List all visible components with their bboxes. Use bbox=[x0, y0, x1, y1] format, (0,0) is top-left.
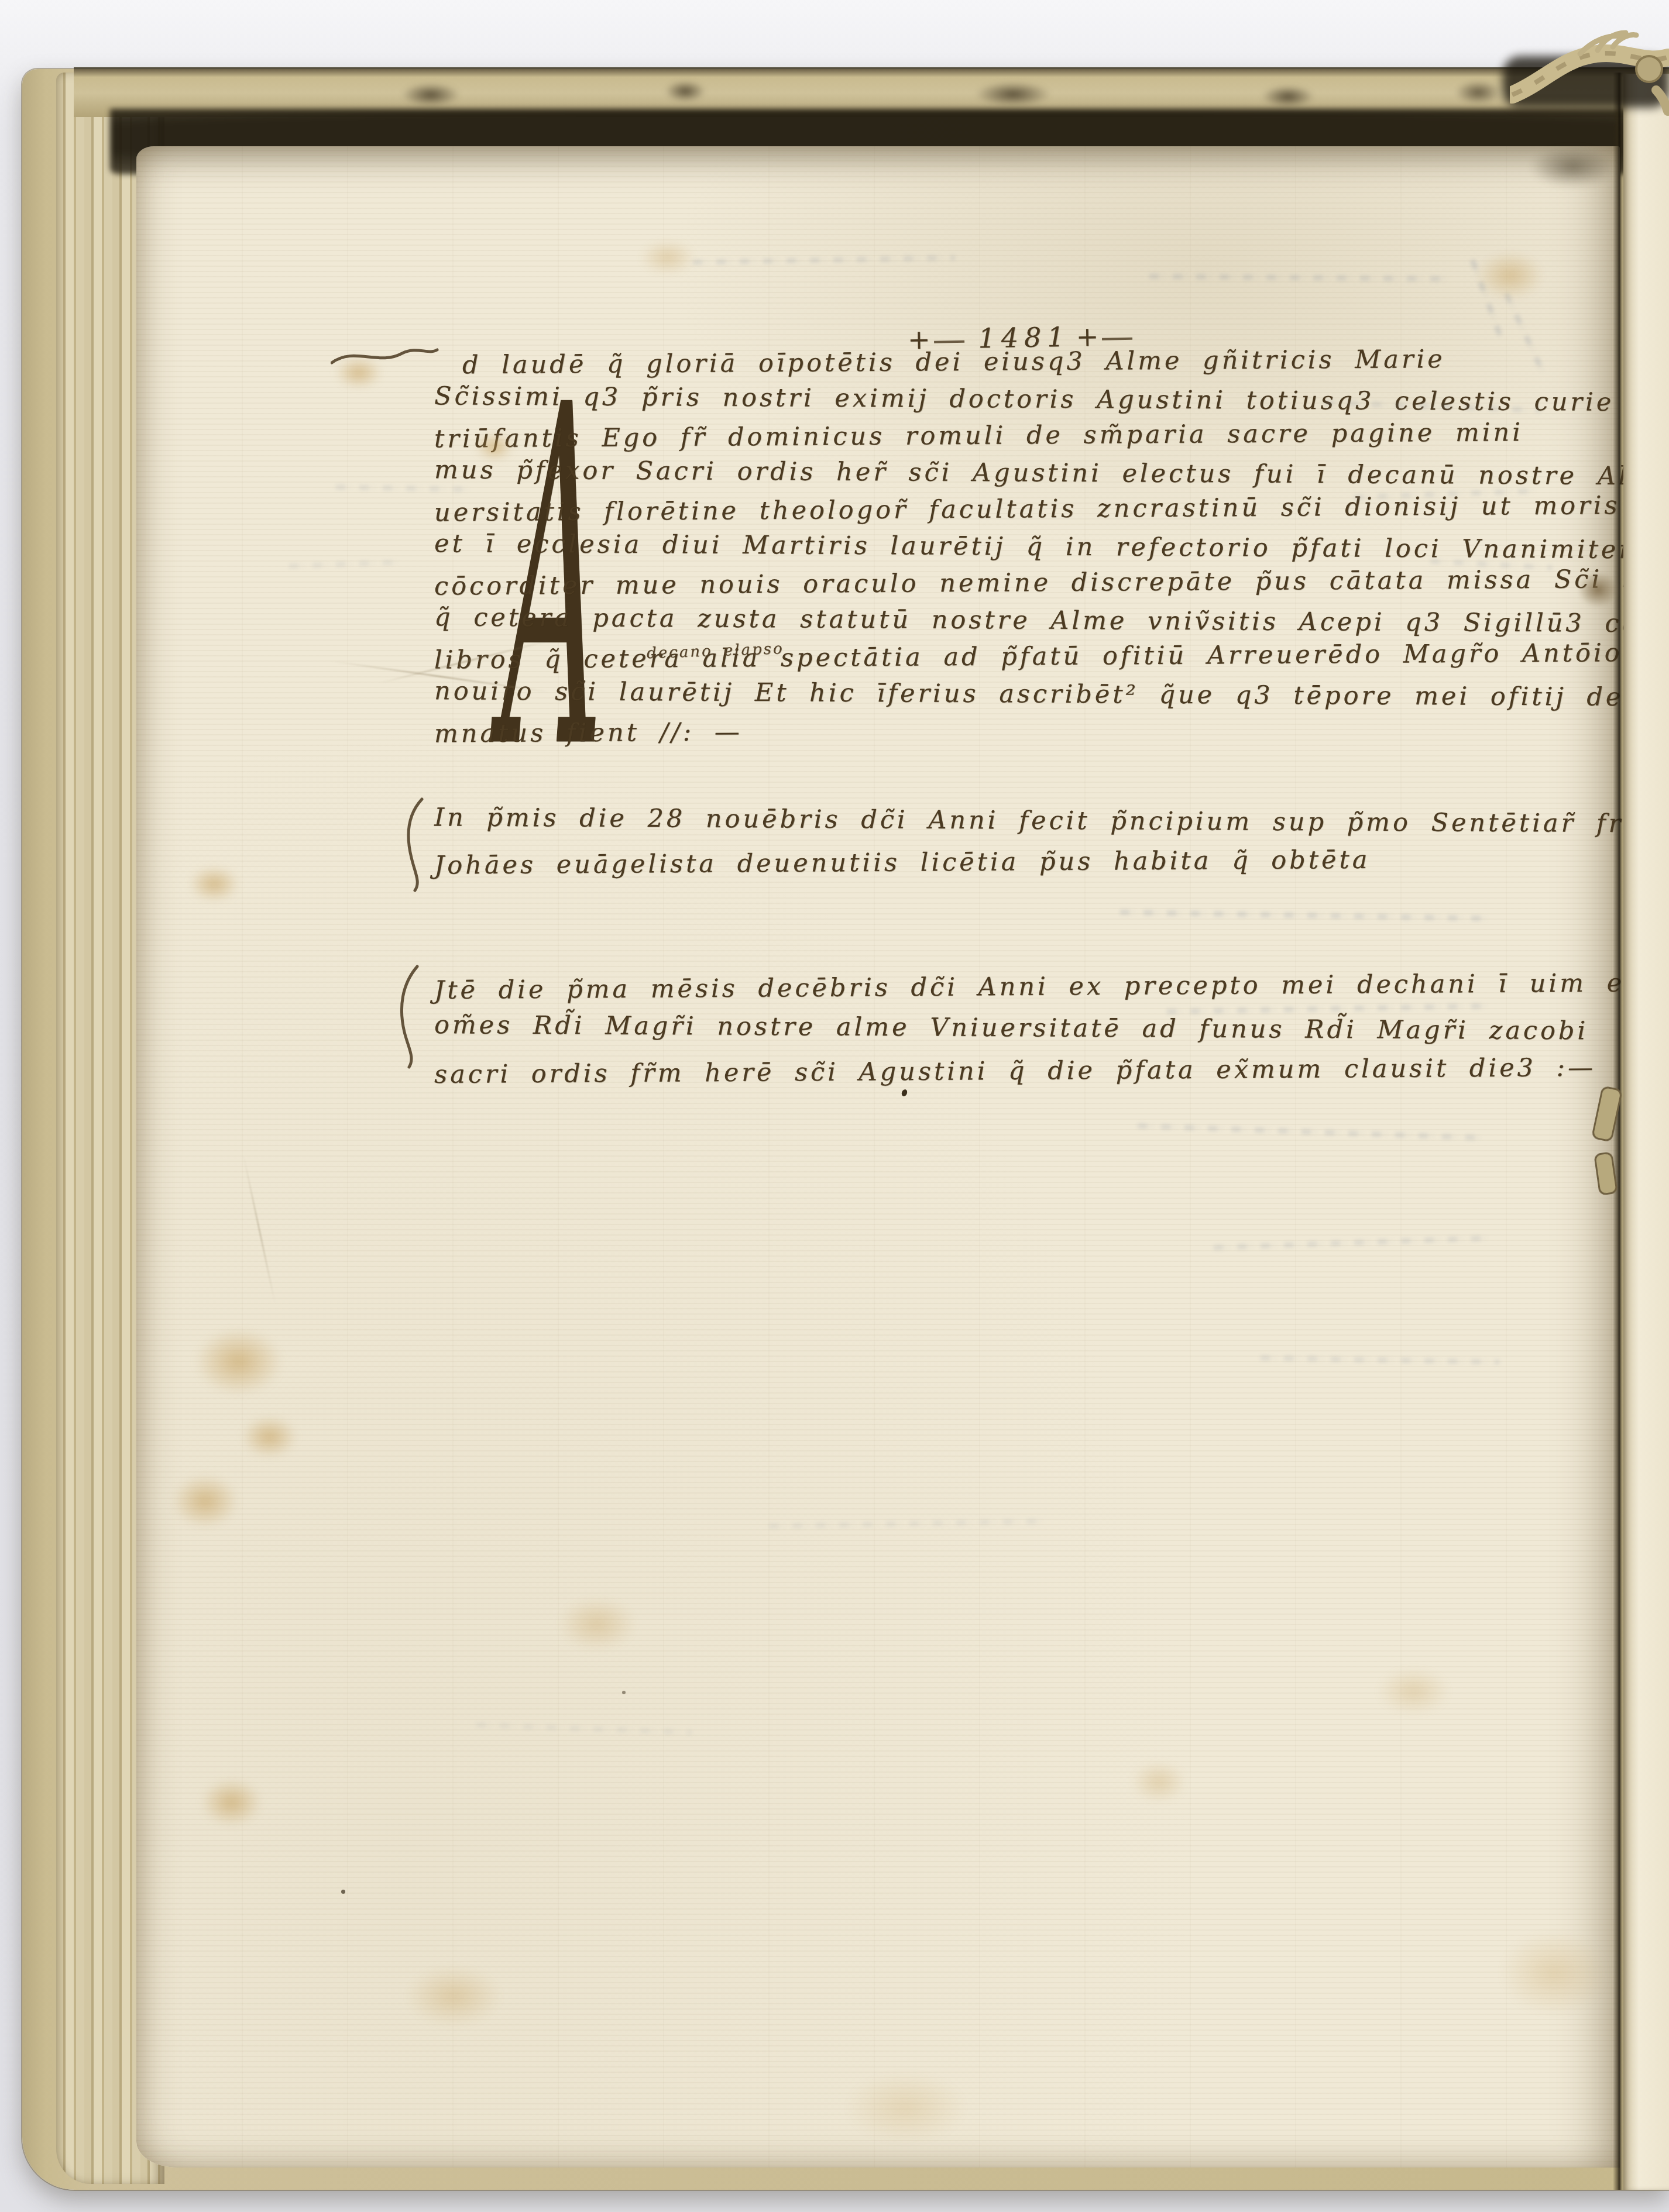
cover-stain bbox=[1455, 81, 1502, 104]
facing-page-edge bbox=[1623, 74, 1669, 2190]
text-line: om̃es Rd̃i Magr̃i nostre alme Vniuersita… bbox=[434, 1004, 1669, 1053]
gutter-worn-spot bbox=[1578, 572, 1619, 607]
stain bbox=[171, 1474, 239, 1528]
bleed-through-ghost bbox=[470, 1722, 692, 1735]
stain bbox=[1476, 252, 1544, 300]
cross-tail bbox=[934, 340, 964, 343]
stain bbox=[335, 357, 382, 388]
cover-stain bbox=[401, 83, 460, 106]
stain bbox=[1500, 1931, 1608, 2015]
stain bbox=[1529, 146, 1617, 187]
text-line: q̃ cetera pacta zusta statutū nostre Alm… bbox=[434, 599, 1496, 642]
paragraph-nov28: In p̃mis die 28 nouēbris dc̃i Anni fecit… bbox=[434, 800, 1669, 882]
bleed-through-ghost bbox=[1207, 1236, 1488, 1251]
text-line: mus p̃fexor Sacri ordis her̃ sc̃i Agusti… bbox=[434, 452, 1496, 494]
text-line: d laudē q̃ gloriā oīpotētis dei eiusq3 A… bbox=[434, 340, 1496, 384]
crease-line bbox=[243, 1155, 276, 1304]
text-line: nouiro sc̃i laurētij Et hic īferius ascr… bbox=[434, 673, 1496, 715]
binding-tie-cord bbox=[1510, 20, 1669, 119]
scanner-background: { "manuscript": { "heading": { "left_cro… bbox=[0, 0, 1669, 2212]
text-line: uersitatis florētine theologor̃ facultat… bbox=[434, 488, 1496, 531]
text-line: In p̃mis die 28 nouēbris dc̃i Anni fecit… bbox=[434, 797, 1669, 844]
margin-bracket bbox=[394, 964, 422, 1069]
text-line: Sc̃issimi q3 p̃ris nostri eximij doctori… bbox=[434, 378, 1496, 421]
stain bbox=[242, 1416, 297, 1458]
stain bbox=[406, 1966, 502, 2027]
bleed-through-ghost bbox=[1501, 287, 1546, 374]
book-cover: + 1481 + A d laudē q̃ gloriā oīpotētis d… bbox=[22, 69, 1669, 2190]
stain bbox=[189, 866, 239, 902]
text-line: libros q̃ cetera alia spectātia ad p̃fat… bbox=[434, 635, 1496, 679]
stain bbox=[195, 1328, 283, 1395]
text-line: et ī ecclesia diui Martiris laurētij q̃ … bbox=[434, 525, 1496, 568]
bleed-through-ghost bbox=[1131, 1123, 1482, 1141]
bleed-through-ghost bbox=[283, 560, 400, 569]
cover-stain bbox=[665, 81, 706, 102]
stain bbox=[558, 1597, 637, 1651]
bleed-through-ghost bbox=[763, 1519, 1043, 1529]
stain bbox=[1131, 1761, 1187, 1803]
text-line: Johāes euāgelista deuenutiis licētia p̃u… bbox=[434, 837, 1669, 886]
text-line: mnatus fient //: — bbox=[434, 709, 1496, 752]
bleed-through-ghost bbox=[1143, 274, 1447, 282]
text-line: sacri ordis fr̃m herē sc̃i Agustini q̃ d… bbox=[434, 1045, 1669, 1096]
ink-speck bbox=[341, 1890, 345, 1894]
text-line: triūfantis Ego fr̃ dominicus romuli de s… bbox=[434, 414, 1496, 457]
ink-speck bbox=[622, 1691, 626, 1694]
cover-stain bbox=[975, 82, 1051, 106]
bleed-through-ghost bbox=[1254, 1355, 1500, 1364]
stain bbox=[476, 433, 513, 461]
stain bbox=[201, 1778, 262, 1826]
text-line: cōcorditer mue nouis oraculo nemine disc… bbox=[434, 562, 1496, 605]
margin-bracket bbox=[401, 797, 427, 893]
cross-tail bbox=[1102, 338, 1132, 340]
bleed-through-ghost bbox=[1114, 909, 1488, 921]
stain bbox=[1377, 1667, 1450, 1715]
manuscript-page: + 1481 + A d laudē q̃ gloriā oīpotētis d… bbox=[136, 146, 1620, 2168]
stain bbox=[640, 240, 695, 275]
cover-stain bbox=[1262, 85, 1314, 108]
gutter-fold bbox=[1613, 73, 1625, 2190]
paragraph-dec1: Jtē die p̃ma mēsis decēbris dc̃i Anni ex… bbox=[434, 965, 1669, 1092]
bleed-through-ghost bbox=[686, 255, 956, 265]
stain bbox=[844, 2071, 967, 2144]
